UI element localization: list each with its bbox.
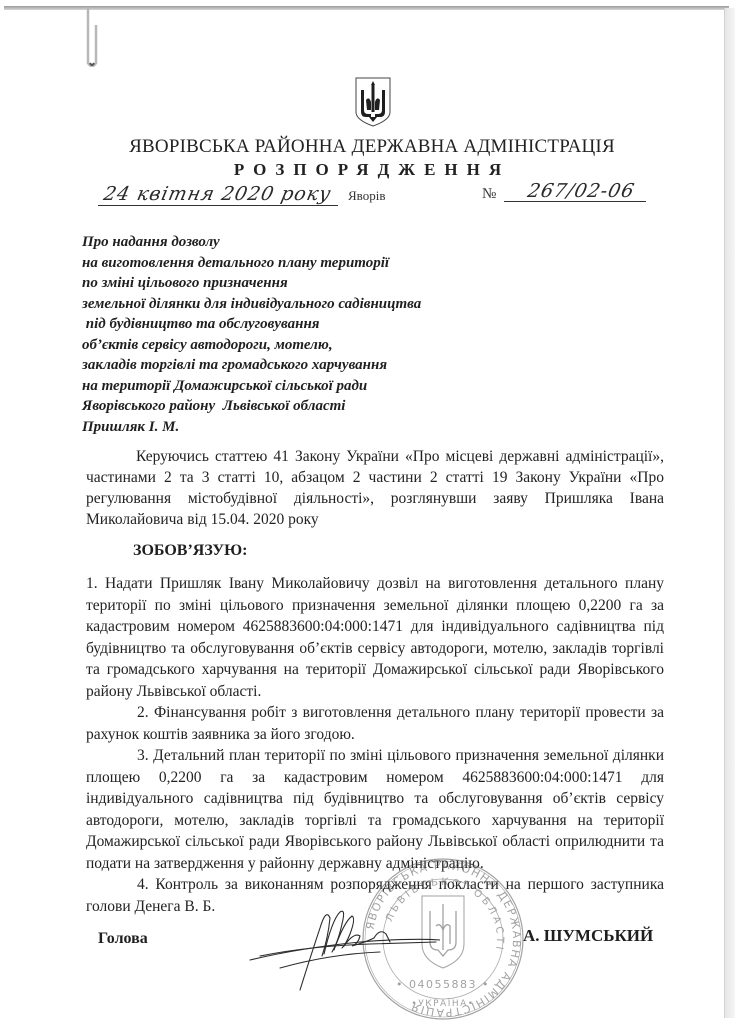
subject-line: по зміні цільового призначення — [82, 273, 421, 294]
preamble-paragraph: Керуючись статтею 41 Закону України «Про… — [86, 446, 664, 530]
document-date: 24 квітня 2020 року — [102, 183, 334, 205]
document-type: РОЗПОРЯДЖЕННЯ — [0, 160, 744, 180]
subject-block: Про надання дозволу на виготовлення дета… — [82, 232, 421, 437]
order-item-2: 2. Фінансування робіт з виготовлення дет… — [86, 702, 664, 745]
subject-line: Яворівського району Львівської області — [82, 396, 421, 417]
subject-line: земельної ділянки для індивідуального са… — [82, 294, 421, 315]
subject-line: закладів торгівлі та громадського харчув… — [82, 355, 421, 376]
subject-line: під будівництво та обслуговування — [82, 314, 421, 335]
document-place: Яворів — [348, 188, 385, 204]
order-heading: ЗОБОВ’ЯЗУЮ: — [133, 542, 248, 560]
signature — [240, 898, 440, 994]
order-item-3: 3. Детальний план території по зміні ціл… — [86, 745, 664, 874]
number-sign: № — [482, 186, 496, 203]
subject-line: на виготовлення детального плану територ… — [82, 253, 421, 274]
scan-edge-top — [4, 6, 729, 10]
signatory-title: Голова — [98, 930, 148, 948]
paper-clip-icon — [85, 5, 99, 67]
document-number: 267/02-06 — [526, 180, 637, 202]
order-item-1: 1. Надати Пришляк Івану Миколайовичу доз… — [86, 573, 664, 702]
organization-title: ЯВОРІВСЬКА РАЙОННА ДЕРЖАВНА АДМІНІСТРАЦІ… — [0, 136, 744, 158]
subject-line: на території Домажирської сільської ради — [82, 376, 421, 397]
subject-line: Пришляк І. М. — [82, 417, 421, 438]
signatory-name: А. ШУМСЬКИЙ — [523, 926, 653, 946]
document-page: ЯВОРІВСЬКА РАЙОННА ДЕРЖАВНА АДМІНІСТРАЦІ… — [0, 0, 744, 1024]
subject-line: об’єктів сервісу автодороги, мотелю, — [82, 335, 421, 356]
date-underline — [98, 205, 338, 206]
svg-text:•УКРАЇНА•: •УКРАЇНА• — [411, 998, 474, 1009]
coat-of-arms-icon — [354, 76, 392, 128]
subject-line: Про надання дозволу — [82, 232, 421, 253]
